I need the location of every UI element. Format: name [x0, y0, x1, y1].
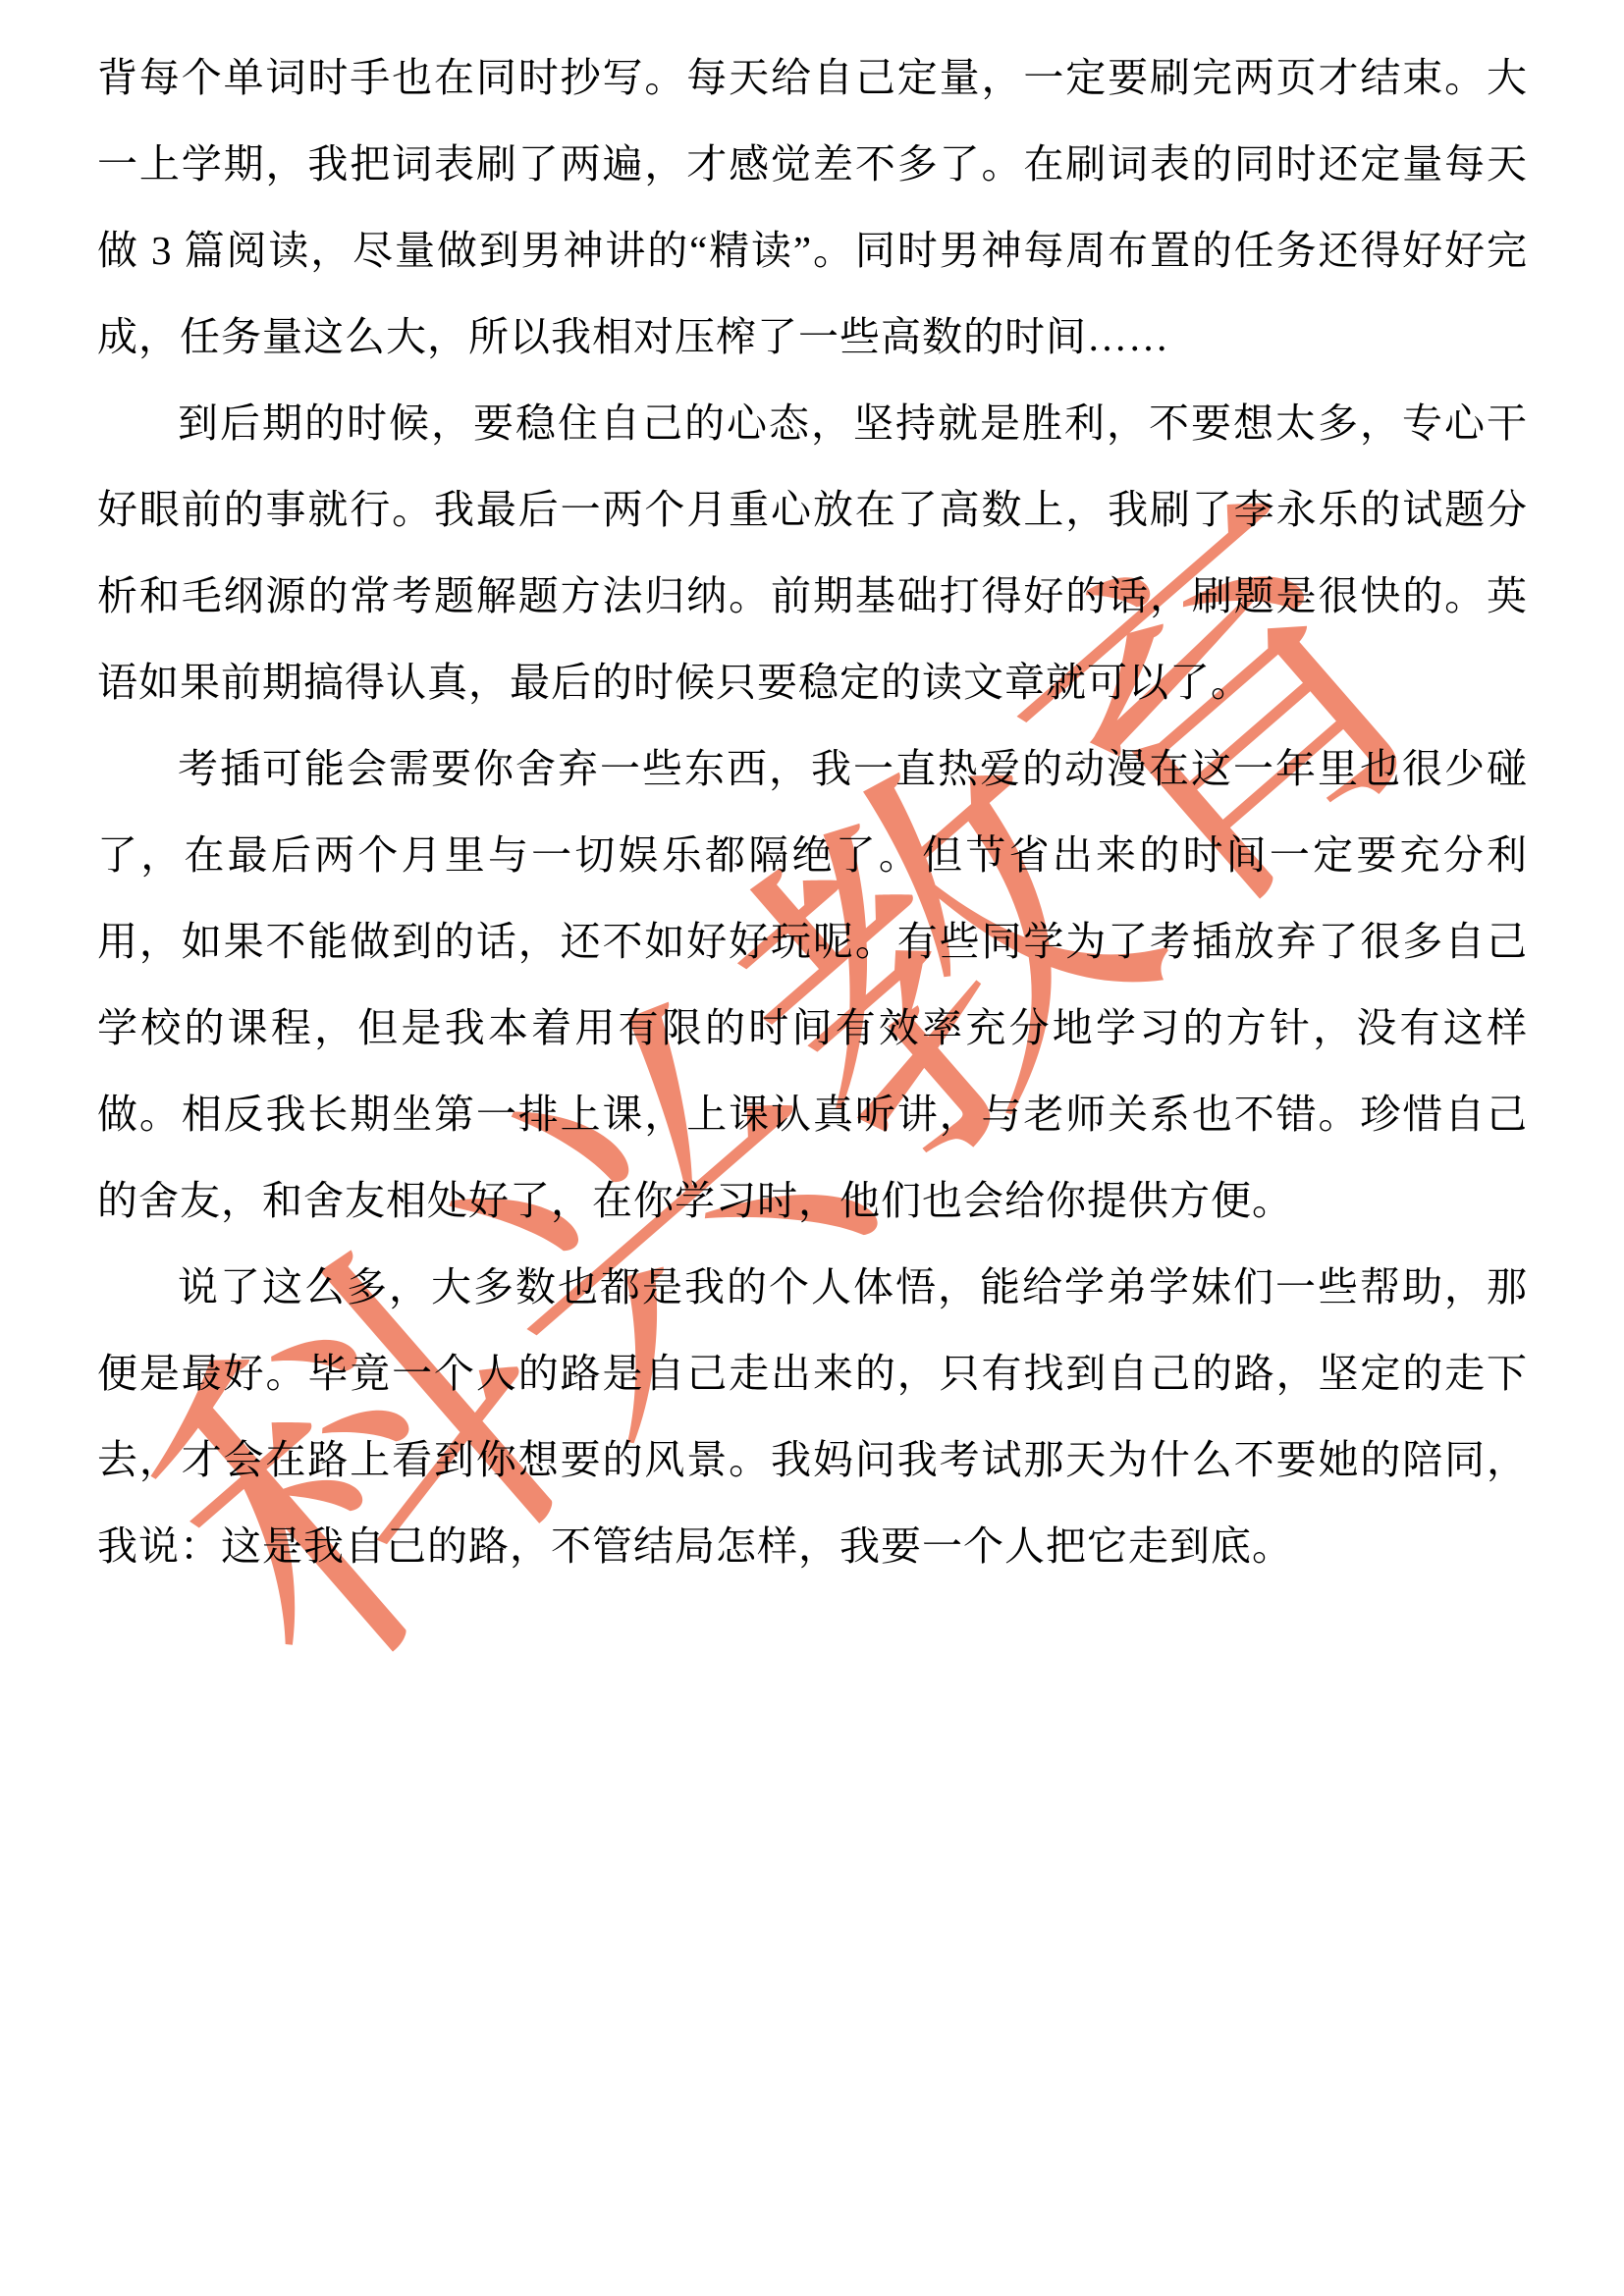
paragraph-4: 说了这么多，大多数也都是我的个人体悟，能给学弟学妹们一些帮助，那便是最好。毕竟一… [97, 1244, 1528, 1589]
paragraph-2: 到后期的时候，要稳住自己的心态，坚持就是胜利，不要想太多，专心干好眼前的事就行。… [97, 380, 1528, 725]
document-page: 科兴教育 背每个单词时手也在同时抄写。每天给自己定量，一定要刷完两页才结束。大一… [0, 0, 1624, 2296]
paragraph-1: 背每个单词时手也在同时抄写。每天给自己定量，一定要刷完两页才结束。大一上学期，我… [97, 34, 1528, 380]
paragraph-3: 考插可能会需要你舍弃一些东西，我一直热爱的动漫在这一年里也很少碰了，在最后两个月… [97, 725, 1528, 1244]
document-body: 背每个单词时手也在同时抄写。每天给自己定量，一定要刷完两页才结束。大一上学期，我… [0, 0, 1624, 1589]
